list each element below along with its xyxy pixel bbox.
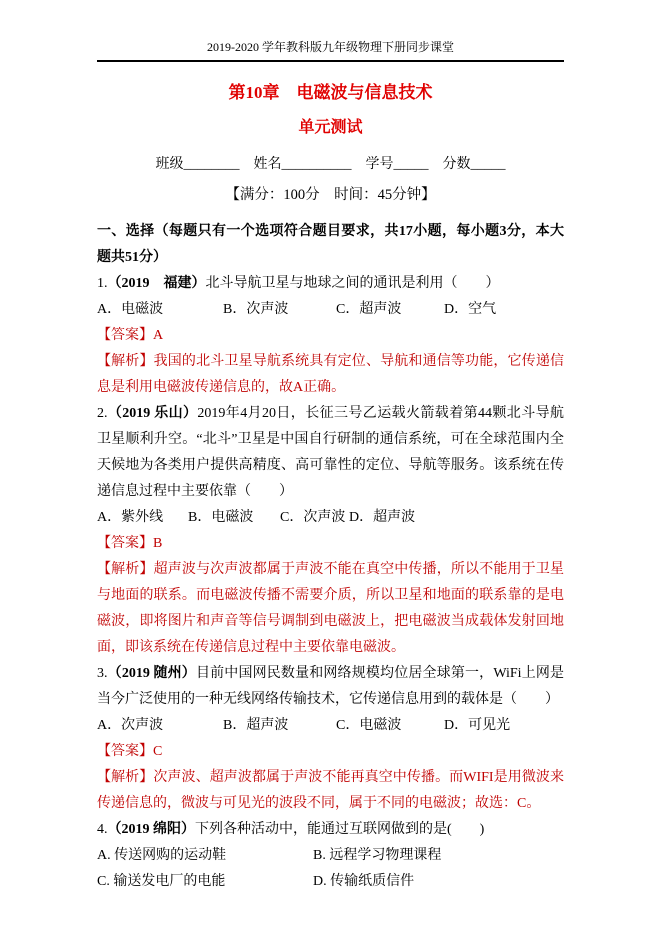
question-2-answer: 【答案】B [97, 531, 564, 557]
question-1-option-d: D．空气 [444, 297, 496, 323]
student-info-row: 班级________ 姓名__________ 学号_____ 分数_____ [97, 155, 564, 175]
question-3-option-b: B．超声波 [223, 713, 336, 739]
question-3-analysis: 【解析】次声波、超声波都属于声波不能再真空中传播。而WIFI是用微波来传递信息的… [97, 765, 564, 817]
question-4-number: 4. [97, 822, 108, 837]
question-1-source: （2019 福建） [108, 276, 206, 291]
question-1-option-a: A．电磁波 [97, 297, 223, 323]
header-divider [97, 60, 564, 62]
question-1-analysis: 【解析】我国的北斗卫星导航系统具有定位、导航和通信等功能，它传递信息是利用电磁波… [97, 349, 564, 401]
question-4-options: A. 传送网购的运动鞋 B. 远程学习物理课程 C. 输送发电厂的电能 D. 传… [97, 843, 564, 895]
question-3-option-c: C．电磁波 [336, 713, 444, 739]
score-time-line: 【满分：100分 时间：45分钟】 [97, 185, 564, 205]
doc-header-text: 2019-2020 学年教科版九年级物理下册同步课堂 [97, 0, 564, 54]
question-2-option-d: D．超声波 [349, 505, 415, 531]
question-2-option-c: C．次声波 [280, 505, 349, 531]
question-3-options: A．次声波 B．超声波 C．电磁波 D．可见光 [97, 713, 564, 739]
question-3-answer: 【答案】C [97, 739, 564, 765]
question-4-option-a: A. 传送网购的运动鞋 [97, 843, 313, 869]
score-blank-field: 分数_____ [443, 155, 506, 175]
question-3-number: 3. [97, 666, 108, 681]
unit-test-subtitle: 单元测试 [97, 117, 564, 138]
question-4-option-d: D. 传输纸质信件 [313, 869, 564, 895]
question-1-option-c: C．超声波 [336, 297, 444, 323]
question-1-number: 1. [97, 276, 108, 291]
class-blank-field: 班级________ [156, 155, 240, 175]
question-2-option-b: B．电磁波 [188, 505, 280, 531]
question-1-answer: 【答案】A [97, 323, 564, 349]
question-1-text: 北斗导航卫星与地球之间的通讯是利用（ ） [206, 276, 500, 291]
question-2-analysis: 【解析】超声波与次声波都属于声波不能在真空中传播，所以不能用于卫星与地面的联系。… [97, 557, 564, 661]
question-2-option-a: A．紫外线 [97, 505, 188, 531]
question-2-number: 2. [97, 406, 108, 421]
question-4-text: 下列各种活动中，能通过互联网做到的是( ) [195, 822, 484, 837]
question-4-stem: 4.（2019 绵阳）下列各种活动中，能通过互联网做到的是( ) [97, 817, 564, 843]
question-2-options: A．紫外线 B．电磁波 C．次声波 D．超声波 [97, 505, 564, 531]
question-4-source: （2019 绵阳） [108, 822, 196, 837]
question-2-source: （2019 乐山） [108, 406, 198, 421]
question-3-option-a: A．次声波 [97, 713, 223, 739]
question-4-option-c: C. 输送发电厂的电能 [97, 869, 313, 895]
question-1-option-b: B．次声波 [223, 297, 336, 323]
question-1-stem: 1.（2019 福建）北斗导航卫星与地球之间的通讯是利用（ ） [97, 271, 564, 297]
question-4-option-b: B. 远程学习物理课程 [313, 843, 564, 869]
question-3-option-d: D．可见光 [444, 713, 510, 739]
student-id-blank-field: 学号_____ [366, 155, 429, 175]
chapter-title: 第10章 电磁波与信息技术 [97, 82, 564, 104]
question-3-source: （2019 随州） [108, 666, 196, 681]
question-3-stem: 3.（2019 随州）目前中国网民数量和网络规模均位居全球第一，WiFi上网是当… [97, 661, 564, 713]
section-heading: 一、选择（每题只有一个选项符合题目要求，共17小题，每小题3分，本大题共51分） [97, 219, 564, 271]
name-blank-field: 姓名__________ [254, 155, 352, 175]
question-2-stem: 2.（2019 乐山）2019年4月20日，长征三号乙运载火箭载着第44颗北斗导… [97, 401, 564, 505]
test-paper-page: 2019-2020 学年教科版九年级物理下册同步课堂 第10章 电磁波与信息技术… [0, 0, 661, 935]
question-1-options: A．电磁波 B．次声波 C．超声波 D．空气 [97, 297, 564, 323]
